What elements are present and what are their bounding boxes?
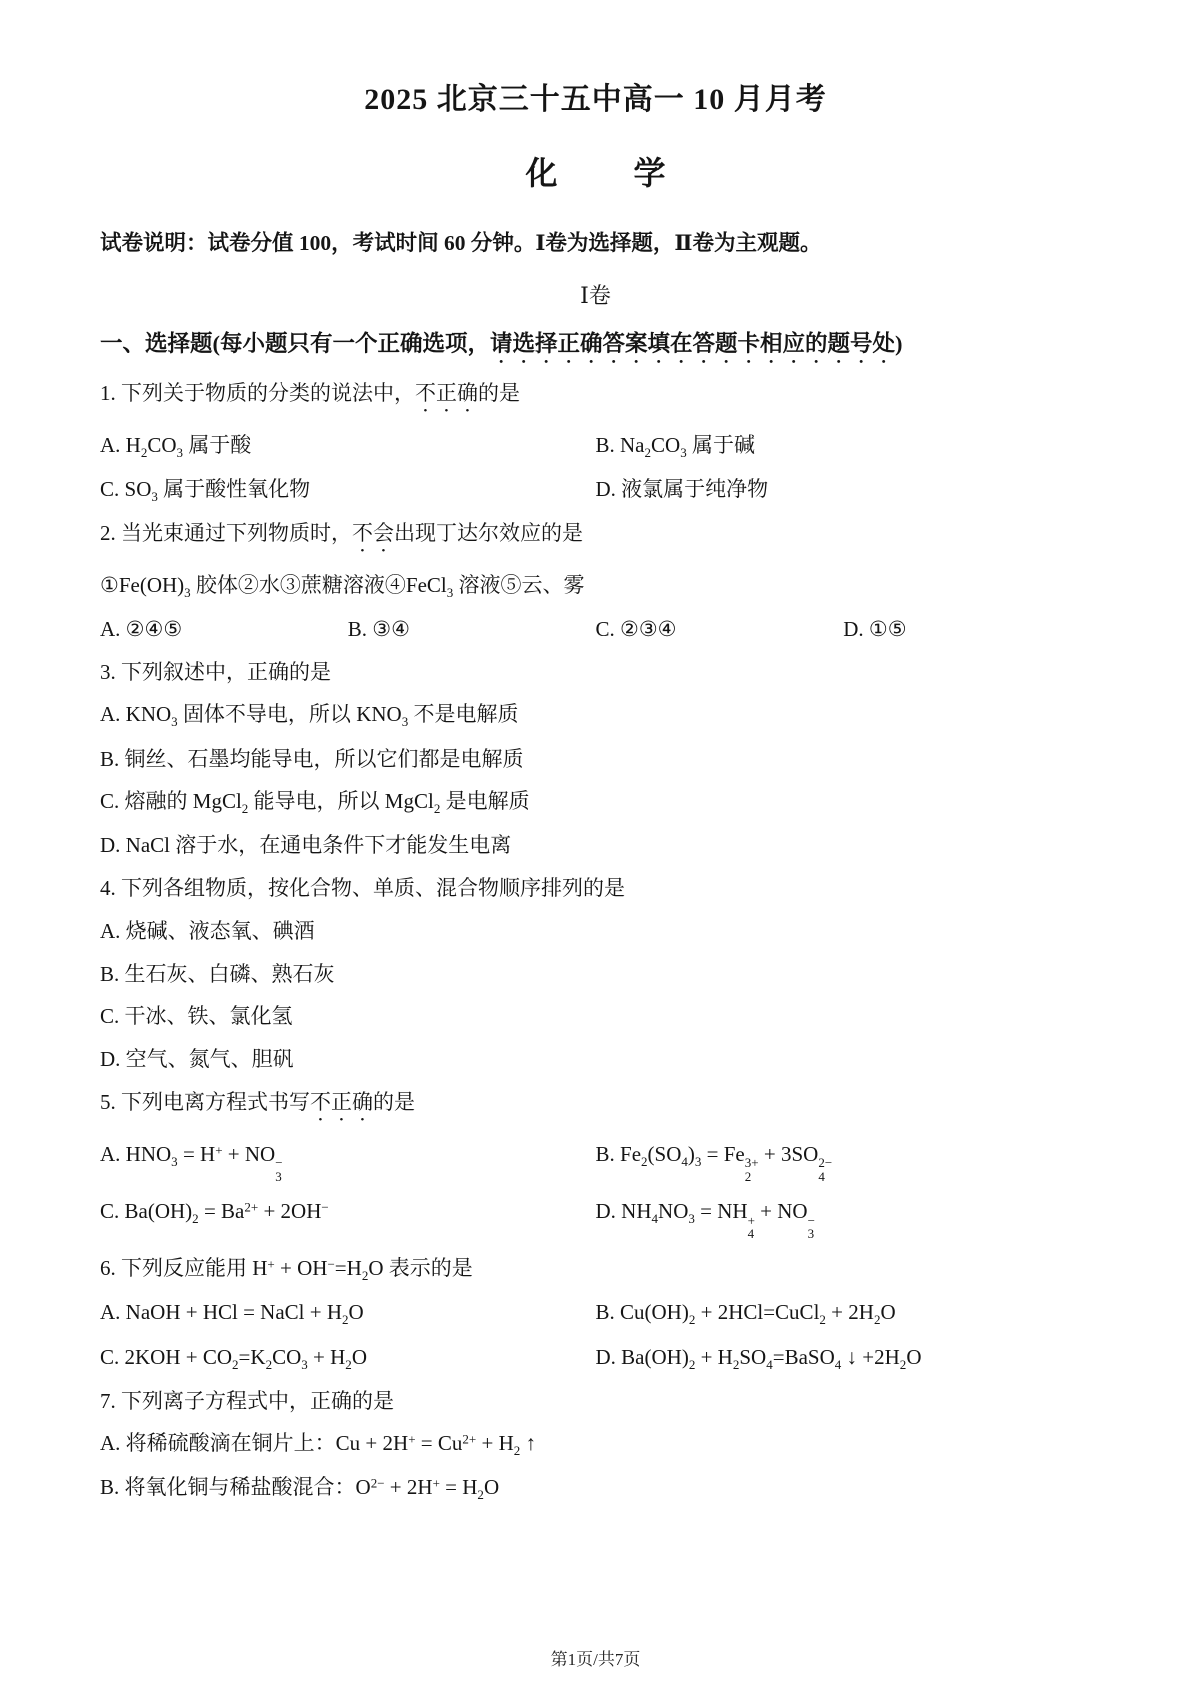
question-7: 7. 下列离子方程式中，正确的是A. 将稀硫酸滴在铜片上：Cu + 2H+ = … xyxy=(100,1380,1091,1511)
question-3: 3. 下列叙述中，正确的是A. KNO3 固体不导电，所以 KNO3 不是电解质… xyxy=(100,651,1091,867)
subject-title: 化 学 xyxy=(100,148,1091,194)
stacked-sub-sup: 3+2 xyxy=(745,1156,759,1183)
question-6-options: A. NaOH + HCl = NaCl + H2OB. Cu(OH)2 + 2… xyxy=(100,1292,1091,1380)
question-5-option-B: B. Fe2(SO4)3 = Fe3+2 + 3SO2−4 xyxy=(596,1133,1092,1190)
question-3-option-A: A. KNO3 固体不导电，所以 KNO3 不是电解质 xyxy=(100,694,1091,738)
exam-paper-page: 2025 北京三十五中高一 10 月月考 化 学 试卷说明：试卷分值 100，考… xyxy=(0,0,1191,1684)
question-7-option-B: B. 将氧化铜与稀盐酸混合：O2− + 2H+ = H2O xyxy=(100,1467,1091,1511)
stacked-sub-sup: +4 xyxy=(748,1214,755,1241)
question-4-option-B: B. 生石灰、白磷、熟石灰 xyxy=(100,953,1091,996)
question-6-stem: 6. 下列反应能用 H+ + OH−=H2O 表示的是 xyxy=(100,1248,1091,1292)
question-5-option-A: A. HNO3 = H+ + NO−3 xyxy=(100,1133,596,1190)
question-5-option-C: C. Ba(OH)2 = Ba2+ + 2OH− xyxy=(100,1190,596,1247)
question-6-option-D: D. Ba(OH)2 + H2SO4=BaSO4 ↓ +2H2O xyxy=(596,1336,1092,1380)
question-3-option-D: D. NaCl 溶于水，在通电条件下才能发生电离 xyxy=(100,825,1091,868)
question-6-option-C: C. 2KOH + CO2=K2CO3 + H2O xyxy=(100,1336,596,1380)
question-7-option-A: A. 将稀硫酸滴在铜片上：Cu + 2H+ = Cu2+ + H2 ↑ xyxy=(100,1423,1091,1467)
question-3-option-C: C. 熔融的 MgCl2 能导电，所以 MgCl2 是电解质 xyxy=(100,781,1091,825)
question-5: 5. 下列电离方程式书写不正确的是A. HNO3 = H+ + NO−3B. F… xyxy=(100,1081,1091,1248)
question-2-stem: 2. 当光束通过下列物质时，不会出现丁达尔效应的是 xyxy=(100,512,1091,564)
question-2-option-D: D. ①⑤ xyxy=(843,609,1091,652)
question-4-option-A: A. 烧碱、液态氧、碘酒 xyxy=(100,910,1091,953)
subject-char-1: 化 xyxy=(525,155,557,191)
page-number-footer: 第1页/共7页 xyxy=(0,1645,1191,1670)
question-4-options: A. 烧碱、液态氧、碘酒B. 生石灰、白磷、熟石灰C. 干冰、铁、氯化氢D. 空… xyxy=(100,910,1091,1081)
question-7-stem: 7. 下列离子方程式中，正确的是 xyxy=(100,1380,1091,1423)
subject-char-2: 学 xyxy=(634,155,666,191)
question-6-option-A: A. NaOH + HCl = NaCl + H2O xyxy=(100,1292,596,1336)
question-4: 4. 下列各组物质，按化合物、单质、混合物顺序排列的是A. 烧碱、液态氧、碘酒B… xyxy=(100,868,1091,1082)
question-1-option-B: B. Na2CO3 属于碱 xyxy=(596,424,1092,468)
question-3-options: A. KNO3 固体不导电，所以 KNO3 不是电解质B. 铜丝、石墨均能导电，… xyxy=(100,694,1091,868)
question-1-stem: 1. 下列关于物质的分类的说法中，不正确的是 xyxy=(100,372,1091,424)
question-6: 6. 下列反应能用 H+ + OH−=H2O 表示的是A. NaOH + HCl… xyxy=(100,1248,1091,1380)
question-4-option-D: D. 空气、氮气、胆矾 xyxy=(100,1038,1091,1081)
question-2: 2. 当光束通过下列物质时，不会出现丁达尔效应的是①Fe(OH)3 胶体②水③蔗… xyxy=(100,512,1091,651)
question-1-option-C: C. SO3 属于酸性氧化物 xyxy=(100,468,596,512)
question-2-options: A. ②④⑤B. ③④C. ②③④D. ①⑤ xyxy=(100,609,1091,652)
volume-label: Ⅰ卷 xyxy=(100,279,1091,310)
question-3-stem: 3. 下列叙述中，正确的是 xyxy=(100,651,1091,694)
stacked-sub-sup: −3 xyxy=(808,1214,815,1241)
question-2-option-A: A. ②④⑤ xyxy=(100,609,348,652)
questions: 1. 下列关于物质的分类的说法中，不正确的是A. H2CO3 属于酸B. Na2… xyxy=(100,372,1091,1511)
question-2-subline-1: ①Fe(OH)3 胶体②水③蔗糖溶液④FeCl3 溶液⑤云、雾 xyxy=(100,564,1091,608)
exam-note: 试卷说明：试卷分值 100，考试时间 60 分钟。Ⅰ卷为选择题，Ⅱ卷为主观题。 xyxy=(100,228,1091,259)
question-3-option-B: B. 铜丝、石墨均能导电，所以它们都是电解质 xyxy=(100,738,1091,781)
stacked-sub-sup: −3 xyxy=(275,1156,282,1183)
question-4-stem: 4. 下列各组物质，按化合物、单质、混合物顺序排列的是 xyxy=(100,868,1091,911)
question-7-options: A. 将稀硫酸滴在铜片上：Cu + 2H+ = Cu2+ + H2 ↑B. 将氧… xyxy=(100,1423,1091,1511)
question-2-option-B: B. ③④ xyxy=(348,609,596,652)
question-6-option-B: B. Cu(OH)2 + 2HCl=CuCl2 + 2H2O xyxy=(596,1292,1092,1336)
question-1-option-A: A. H2CO3 属于酸 xyxy=(100,424,596,468)
question-1-options: A. H2CO3 属于酸B. Na2CO3 属于碱C. SO3 属于酸性氧化物D… xyxy=(100,424,1091,512)
section-heading: 一、选择题(每小题只有一个正确选项，请选择正确答案填在答题卡相应的题号处) xyxy=(100,328,1091,368)
question-1: 1. 下列关于物质的分类的说法中，不正确的是A. H2CO3 属于酸B. Na2… xyxy=(100,372,1091,512)
question-5-stem: 5. 下列电离方程式书写不正确的是 xyxy=(100,1081,1091,1133)
question-2-option-C: C. ②③④ xyxy=(596,609,844,652)
stacked-sub-sup: 2−4 xyxy=(818,1156,832,1183)
question-5-options: A. HNO3 = H+ + NO−3B. Fe2(SO4)3 = Fe3+2 … xyxy=(100,1133,1091,1248)
question-4-option-C: C. 干冰、铁、氯化氢 xyxy=(100,996,1091,1039)
question-5-option-D: D. NH4NO3 = NH+4 + NO−3 xyxy=(596,1190,1092,1247)
question-1-option-D: D. 液氯属于纯净物 xyxy=(596,468,1092,512)
exam-title: 2025 北京三十五中高一 10 月月考 xyxy=(100,74,1091,118)
